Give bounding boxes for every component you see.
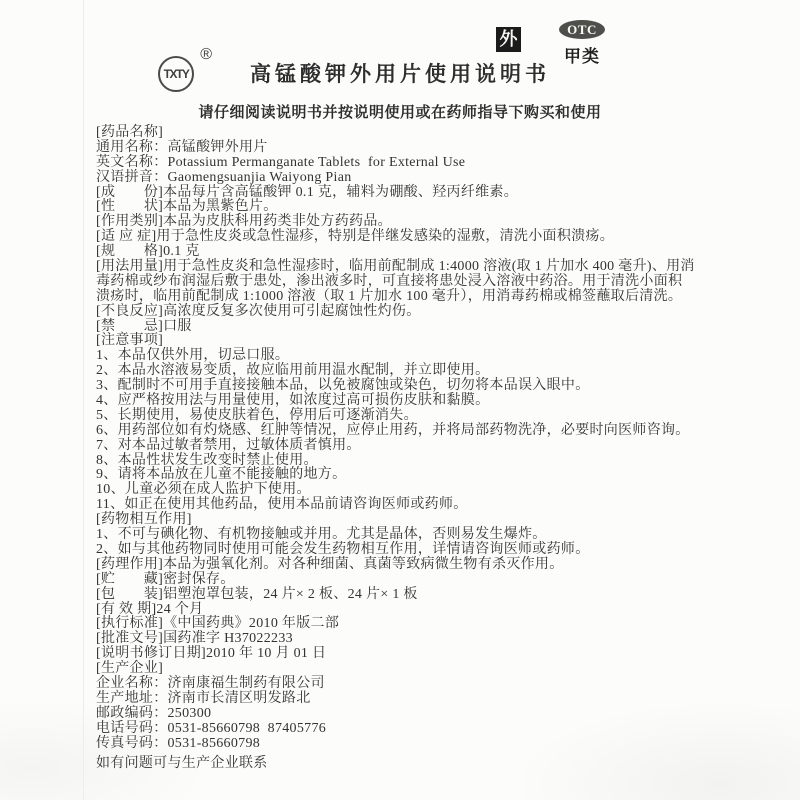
leaflet-page: TXTY ® 高锰酸钾外用片使用说明书 请仔细阅读说明书并按说明使用或在药师指导…	[0, 0, 800, 800]
body-line: [药物相互作用]	[96, 513, 736, 528]
body-line: [禁 忌]口服	[96, 320, 736, 335]
body-line: 传真号码：0531-85660798	[96, 737, 736, 752]
page-subtitle: 请仔细阅读说明书并按说明使用或在药师指导下购买和使用	[0, 101, 800, 122]
body-line: [适 应 症]用于急性皮炎或急性湿疹，特别是伴继发感染的湿敷，清洗小面积溃疡。	[96, 230, 736, 245]
body-line: 1、不可与碘化物、有机物接触或并用。尤其是晶体，否则易发生爆炸。	[96, 528, 736, 543]
body-line: 生产地址：济南市长清区明发路北	[96, 692, 736, 707]
body-line: 英文名称：Potassium Permanganate Tablets for …	[96, 156, 736, 171]
body-line: [药理作用]本品为强氧化剂。对各种细菌、真菌等致病微生物有杀灭作用。	[96, 558, 736, 573]
body-line: [用法用量]用于急性皮炎和急性湿疹时，临用前配制成 1:4000 溶液(取 1 …	[96, 260, 736, 275]
body-line: 2、如与其他药物同时使用可能会发生药物相互作用，详情请咨询医师或药师。	[96, 543, 736, 558]
body-line: [生产企业]	[96, 662, 736, 677]
body-line: 溃疡时，临用前配制成 1:1000 溶液（取 1 片加水 100 毫升），用消毒…	[96, 290, 736, 305]
otc-class-label: 甲类	[554, 42, 610, 67]
footer-note: 如有问题可与生产企业联系	[96, 756, 268, 771]
body-line: 电话号码：0531-85660798 87405776	[96, 722, 736, 737]
body-line: 6、用药部位如有灼烧感、红肿等情况，应停止用药，并将局部药物洗净，必要时向医师咨…	[96, 424, 736, 439]
body-line: [药品名称]	[96, 126, 736, 141]
otc-oval-icon: OTC	[559, 20, 605, 39]
otc-badge: OTC 甲类	[554, 20, 610, 67]
body-line: [规 格]0.1 克	[96, 245, 736, 260]
body-line: 企业名称：济南康福生制药有限公司	[96, 677, 736, 692]
external-use-badge: 外	[496, 27, 521, 52]
body-line: [说明书修订日期]2010 年 10 月 01 日	[96, 647, 736, 662]
body-line: [作用类别]本品为皮肤科用药类非处方药药品。	[96, 215, 736, 230]
body-line: 5、长期使用，易使皮肤着色，停用后可逐渐消失。	[96, 409, 736, 424]
body-line: [批准文号]国药准字 H37022233	[96, 632, 736, 647]
body-line: 通用名称：高锰酸钾外用片	[96, 141, 736, 156]
body-line: [包 装]铝塑泡罩包装，24 片× 2 板、24 片× 1 板	[96, 588, 736, 603]
body-line: 邮政编码：250300	[96, 707, 736, 722]
body-line: [不良反应]高浓度反复多次使用可引起腐蚀性灼伤。	[96, 305, 736, 320]
leaflet-body: [药品名称]通用名称：高锰酸钾外用片英文名称：Potassium Permang…	[96, 126, 736, 751]
body-line: 4、应严格按用法与用量使用，如浓度过高可损伤皮肤和黏膜。	[96, 394, 736, 409]
body-line: 11、如正在使用其他药品，使用本品前请咨询医师或药师。	[96, 498, 736, 513]
body-line: 2、本品水溶液易变质，故应临用前用温水配制，并立即使用。	[96, 364, 736, 379]
page-title: 高锰酸钾外用片使用说明书	[0, 58, 800, 88]
body-line: 汉语拼音：Gaomengsuanjia Waiyong Pian	[96, 171, 736, 186]
body-line: 7、对本品过敏者禁用，过敏体质者慎用。	[96, 439, 736, 454]
body-line: 毒药棉或纱布润湿后敷于患处，渗出液多时，可直接将患处浸入溶液中药浴。用于清洗小面…	[96, 275, 736, 290]
body-line: [贮 藏]密封保存。	[96, 573, 736, 588]
body-line: 3、配制时不可用手直接接触本品，以免被腐蚀或染色，切勿将本品误入眼中。	[96, 379, 736, 394]
